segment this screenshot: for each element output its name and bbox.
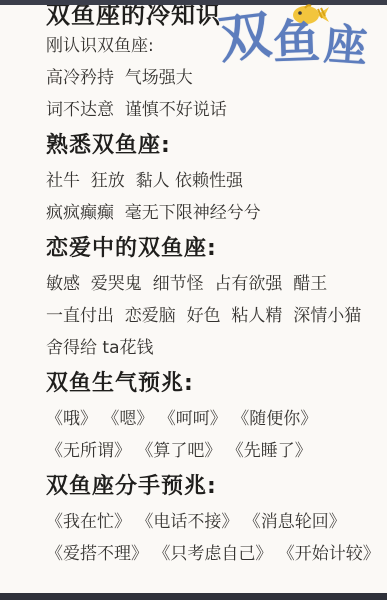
section-in-love: 恋爱中的双鱼座: 敏感 爱哭鬼 细节怪 占有欲强 醋王 一直付出 恋爱脑 好色 …: [46, 233, 373, 364]
section-familiar: 熟悉双鱼座: 社牛 狂放 黏人 依赖性强 疯疯癫癫 毫无下限神经兮兮: [46, 130, 373, 229]
section-heading: 双鱼座分手预兆:: [46, 471, 373, 503]
trait-line: 一直付出 恋爱脑 好色 粘人精 深情小猫: [46, 300, 373, 332]
sticker-text: 双 鱼 座: [219, 12, 381, 64]
trait-line: 社牛 狂放 黏人 依赖性强: [46, 165, 373, 197]
trait-line: 敏感 爱哭鬼 细节怪 占有欲强 醋王: [46, 268, 373, 300]
trait-line: 《哦》 《嗯》 《呵呵》 《随便你》: [46, 403, 373, 435]
sticker-char: 双: [216, 9, 274, 67]
sticker-char: 座: [323, 24, 369, 70]
video-letterbox-bottom: [0, 593, 387, 600]
pisces-sticker: 双 鱼 座: [219, 0, 381, 76]
poster-content: 双鱼座的冷知识 刚认识双鱼座: 高冷矜持 气场强大 词不达意 谨慎不好说话 熟悉…: [46, 5, 373, 570]
section-angry-signs: 双鱼生气预兆: 《哦》 《嗯》 《呵呵》 《随便你》 《无所谓》 《算了吧》 《…: [46, 368, 373, 467]
section-heading: 恋爱中的双鱼座:: [46, 233, 373, 265]
trait-line: 舍得给 ta花钱: [46, 332, 373, 364]
trait-line: 词不达意 谨慎不好说话: [46, 94, 373, 126]
sticker-char: 鱼: [272, 18, 321, 67]
section-heading: 熟悉双鱼座:: [46, 130, 373, 162]
section-breakup-signs: 双鱼座分手预兆: 《我在忙》 《电话不接》 《消息轮回》 《爱搭不理》 《只考虑…: [46, 471, 373, 570]
trait-line: 《无所谓》 《算了吧》 《先睡了》: [46, 435, 373, 467]
trait-line: 《我在忙》 《电话不接》 《消息轮回》: [46, 506, 373, 538]
trait-line: 疯疯癫癫 毫无下限神经兮兮: [46, 197, 373, 229]
trait-line: 《爱搭不理》 《只考虑自己》 《开始计较》: [46, 538, 373, 570]
poster-screen: 双 鱼 座 双鱼座的冷知识 刚认识双鱼座: 高冷矜持 气场强大 词不达意 谨慎不…: [0, 0, 387, 600]
section-heading: 双鱼生气预兆:: [46, 368, 373, 400]
